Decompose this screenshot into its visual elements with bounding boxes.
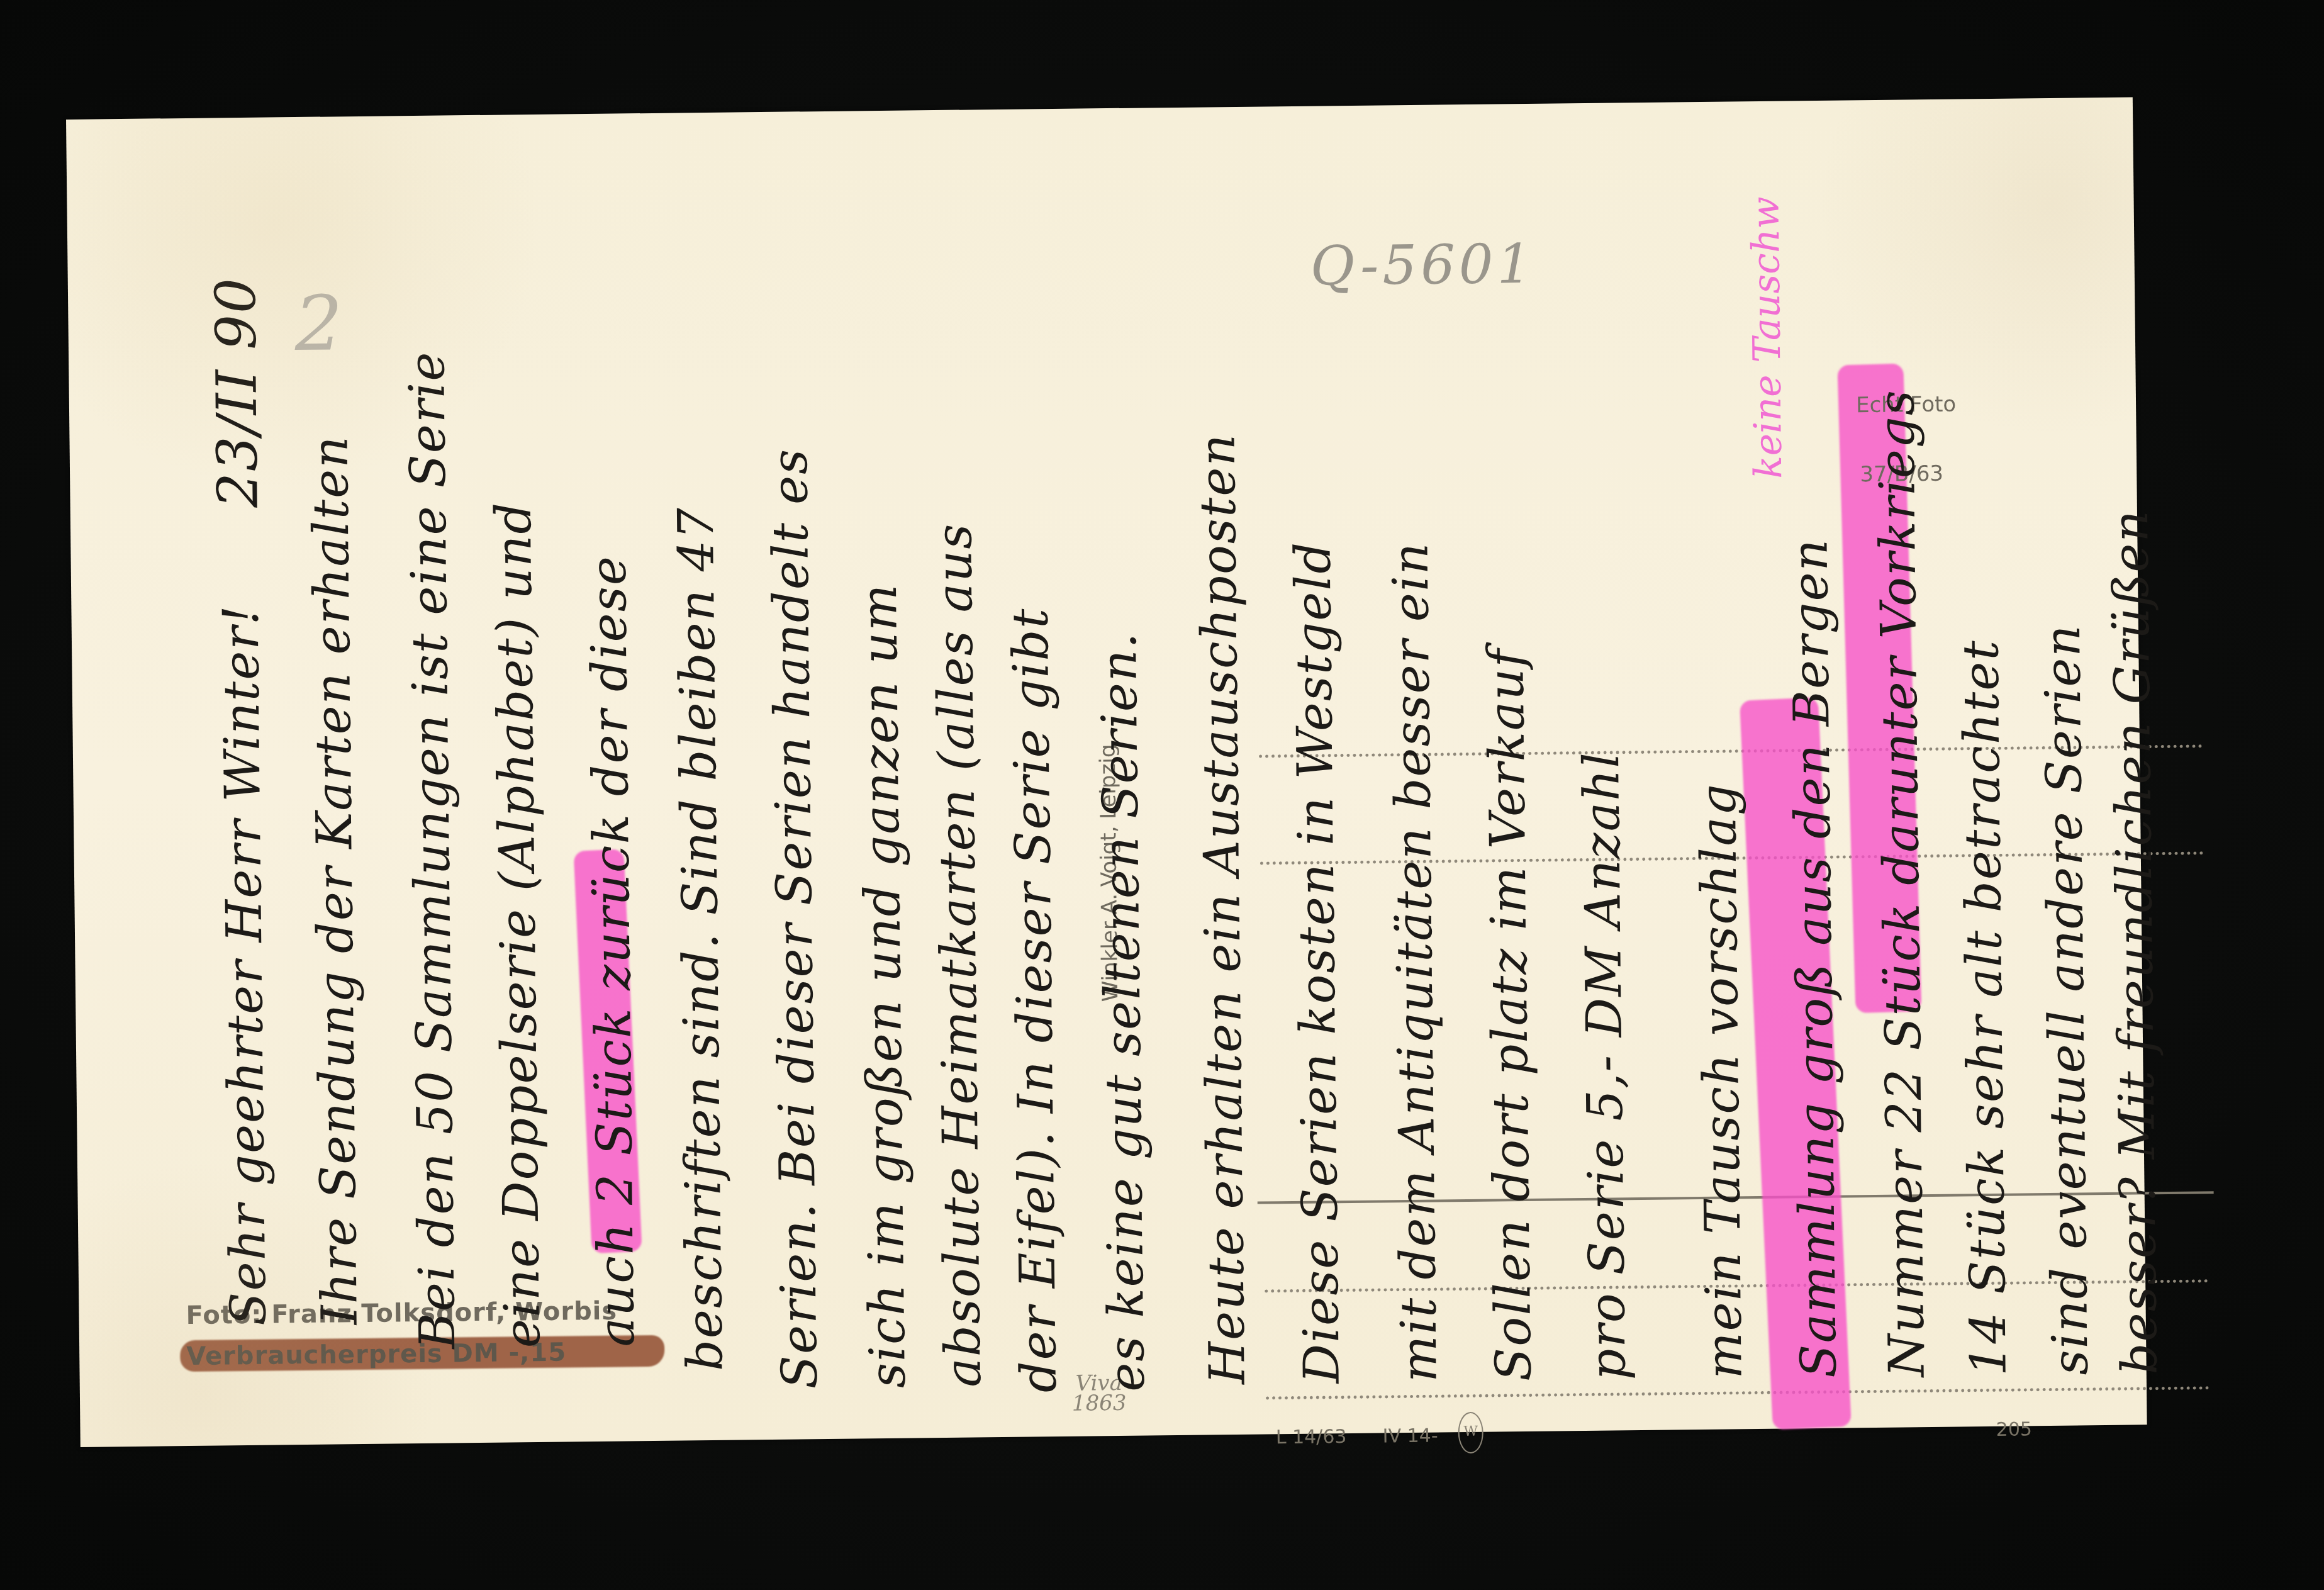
handwritten-line: Nummer 22 Stück darunter Vorkriegs bbox=[1869, 389, 1936, 1377]
address-line-4 bbox=[1266, 1386, 2209, 1399]
handwritten-line: Ihre Sendung der Karten erhalten bbox=[302, 435, 368, 1325]
handwritten-line: Sammlung groß aus den Bergen bbox=[1782, 538, 1847, 1379]
handwritten-date: 23/II 90 bbox=[203, 276, 271, 508]
handwritten-line: sind eventuell andere Serien bbox=[2035, 624, 2099, 1375]
handwritten-line: beschriften sind. Sind bleiben 47 bbox=[668, 507, 734, 1372]
handwritten-line: eine Doppelserie (Alphabet) und bbox=[486, 501, 552, 1348]
publisher-logo-icon: W bbox=[1458, 1412, 1483, 1453]
handwritten-line: Bei den 50 Sammlungen ist eine Serie bbox=[399, 350, 466, 1349]
handwritten-line: mit dem Antiquitäten besser ein bbox=[1382, 541, 1448, 1382]
handwritten-line: pro Serie 5,- DM Anzahl bbox=[1573, 751, 1637, 1380]
handwritten-line: besser? Mit freundlichen Grüßen bbox=[2103, 509, 2169, 1375]
handwritten-line: Sehr geehrter Herr Winter! bbox=[213, 604, 277, 1326]
handwritten-line: 14 Stück sehr alt betrachtet bbox=[1953, 639, 2018, 1377]
handwritten-line: absolute Heimatkarten (alles aus bbox=[926, 522, 992, 1387]
handwritten-line: Serien. Bei dieser Serien handelt es bbox=[762, 447, 829, 1389]
archive-number: Q-5601 bbox=[1310, 233, 1536, 298]
print-code-left: L 14/63 bbox=[1276, 1426, 1347, 1448]
print-code-right: 205 bbox=[1996, 1418, 2033, 1441]
page-number: 2 bbox=[294, 280, 344, 368]
handwritten-line: Sollen dort platz im Verkauf bbox=[1478, 647, 1543, 1382]
postcard: keine Tauschw Foto: Franz Tolksdorf, Wor… bbox=[66, 97, 2147, 1447]
highlighter-note: keine Tauschw bbox=[1743, 196, 1790, 479]
handwritten-line: Heute erhalten ein Austauschposten bbox=[1190, 433, 1256, 1385]
handwritten-line: es keine gut seltenen Serien. bbox=[1091, 632, 1156, 1392]
handwritten-line: mein Tausch vorschlag bbox=[1690, 783, 1753, 1379]
handwritten-line: auch 2 Stück zurück der diese bbox=[581, 555, 646, 1348]
handwritten-line: der Eifel). In dieser Serie gibt bbox=[1002, 607, 1068, 1393]
handwritten-line: Diese Serien kosten in Westgeld bbox=[1285, 540, 1350, 1384]
handwritten-line: sich im großen und ganzen um bbox=[851, 583, 917, 1388]
print-code-middle: IV 14- bbox=[1383, 1425, 1438, 1448]
